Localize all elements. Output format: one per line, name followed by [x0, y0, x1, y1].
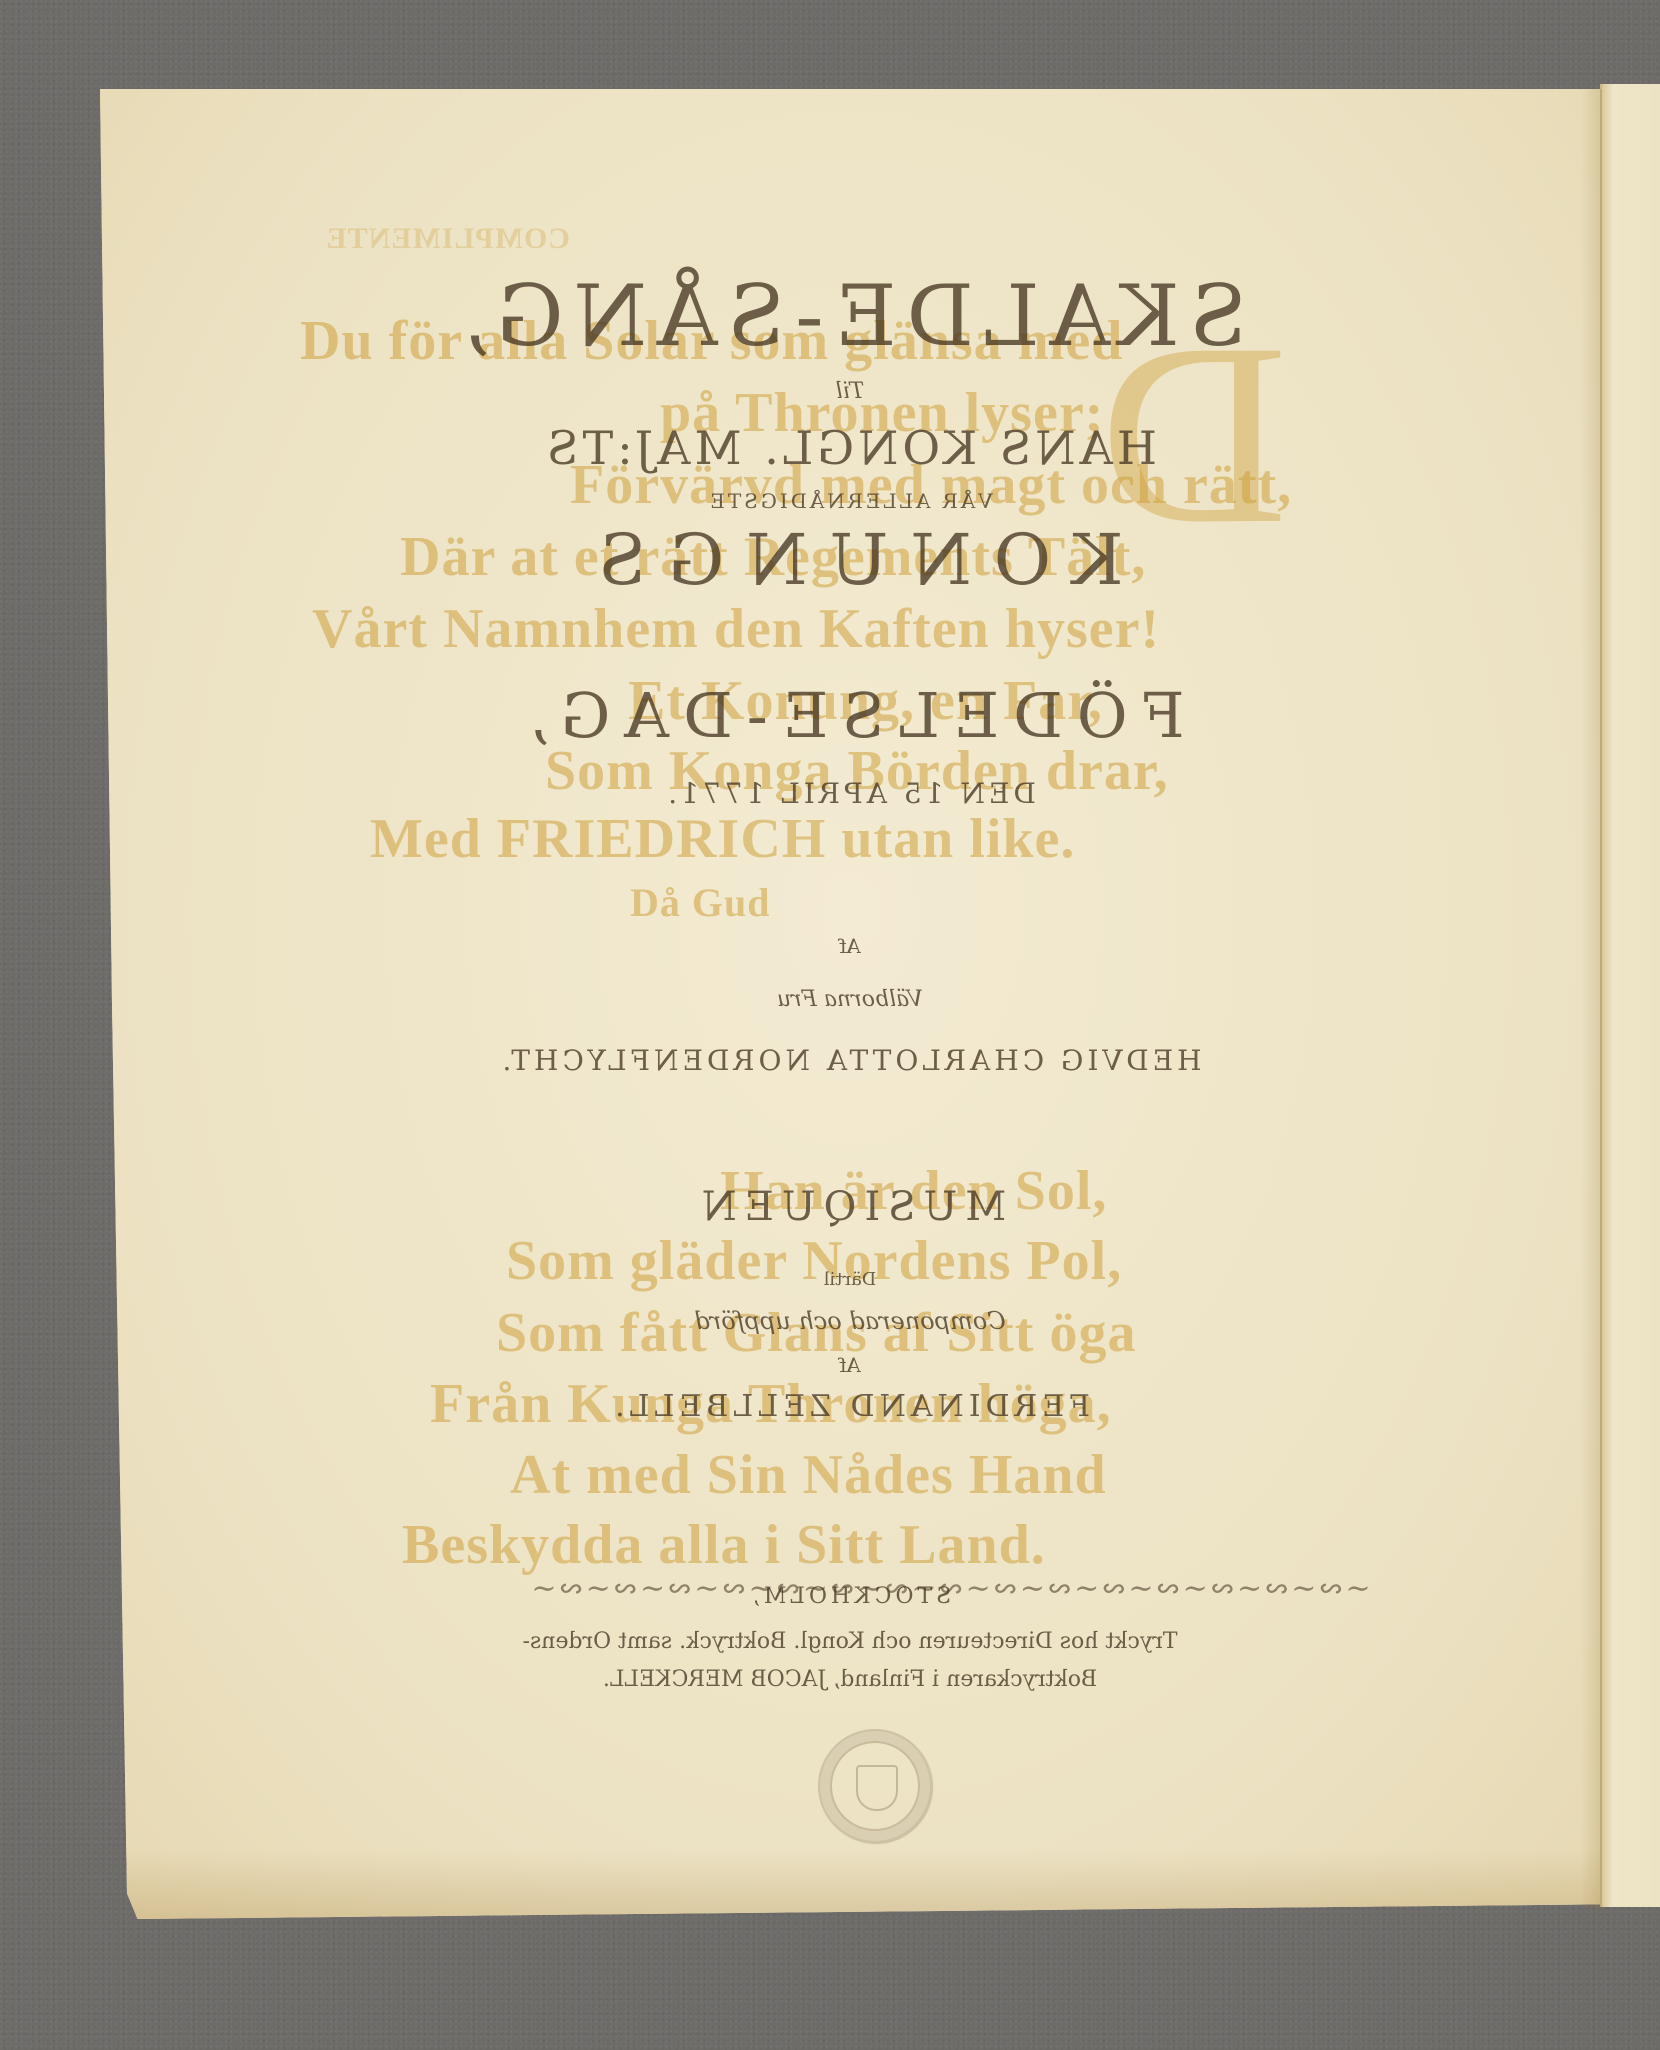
kings: KONUNGS — [100, 519, 1600, 601]
composer-role: Componerad och uppförd — [100, 1307, 1600, 1335]
imprint-line-1: Tryckt hos Directeuren och Kongl. Boktry… — [100, 1629, 1600, 1654]
offset-line: Då Gud — [630, 879, 771, 926]
author-prefix: Välborna Fru — [100, 987, 1600, 1012]
place-year: STOCKHOLM, — [100, 1584, 1600, 1609]
date: DEN 15 APRIL 1771. — [100, 777, 1600, 810]
fold-line — [1580, 89, 1602, 1909]
offset-header: COMPLIMENTE — [326, 222, 570, 256]
dar-af: Därtil — [100, 1269, 1600, 1290]
shield-icon — [856, 1765, 898, 1811]
offset-line: Vårt Namnhem den Kaften hyser! — [312, 597, 1160, 661]
library-stamp-icon — [818, 1729, 932, 1843]
recipient: HANS KONGL. MAJ:TS — [100, 421, 1600, 475]
offset-verse-line: At med Sin Nådes Hand — [510, 1443, 1107, 1507]
music-label: MUSIQUEN — [100, 1184, 1600, 1230]
occasion: FÖDELSE-DAG, — [100, 679, 1600, 752]
document-page: COMPLIMENTE D Du för alla Solar som glän… — [100, 89, 1600, 1919]
composer: FERDINAND ZELLBELL. — [100, 1389, 1600, 1424]
imprint-line-2: Boktryckaren i Finland, JACOB MERCKELL. — [100, 1667, 1600, 1692]
offset-verse-line: Beskydda alla i Sitt Land. — [402, 1513, 1046, 1577]
to-line: Til — [100, 379, 1600, 404]
author: HEDVIG CHARLOTTA NORDENFLYCHT. — [100, 1044, 1600, 1077]
title: SKALDE-SÅNG, — [100, 267, 1600, 365]
af-line: Af — [100, 934, 1600, 958]
af-line-2: Af — [100, 1353, 1600, 1377]
facing-page-edge — [1600, 84, 1660, 1907]
honorific: VÅR ALLERNÅDIGSTE — [100, 489, 1600, 513]
offset-line: Med FRIEDRICH utan like. — [370, 807, 1075, 871]
